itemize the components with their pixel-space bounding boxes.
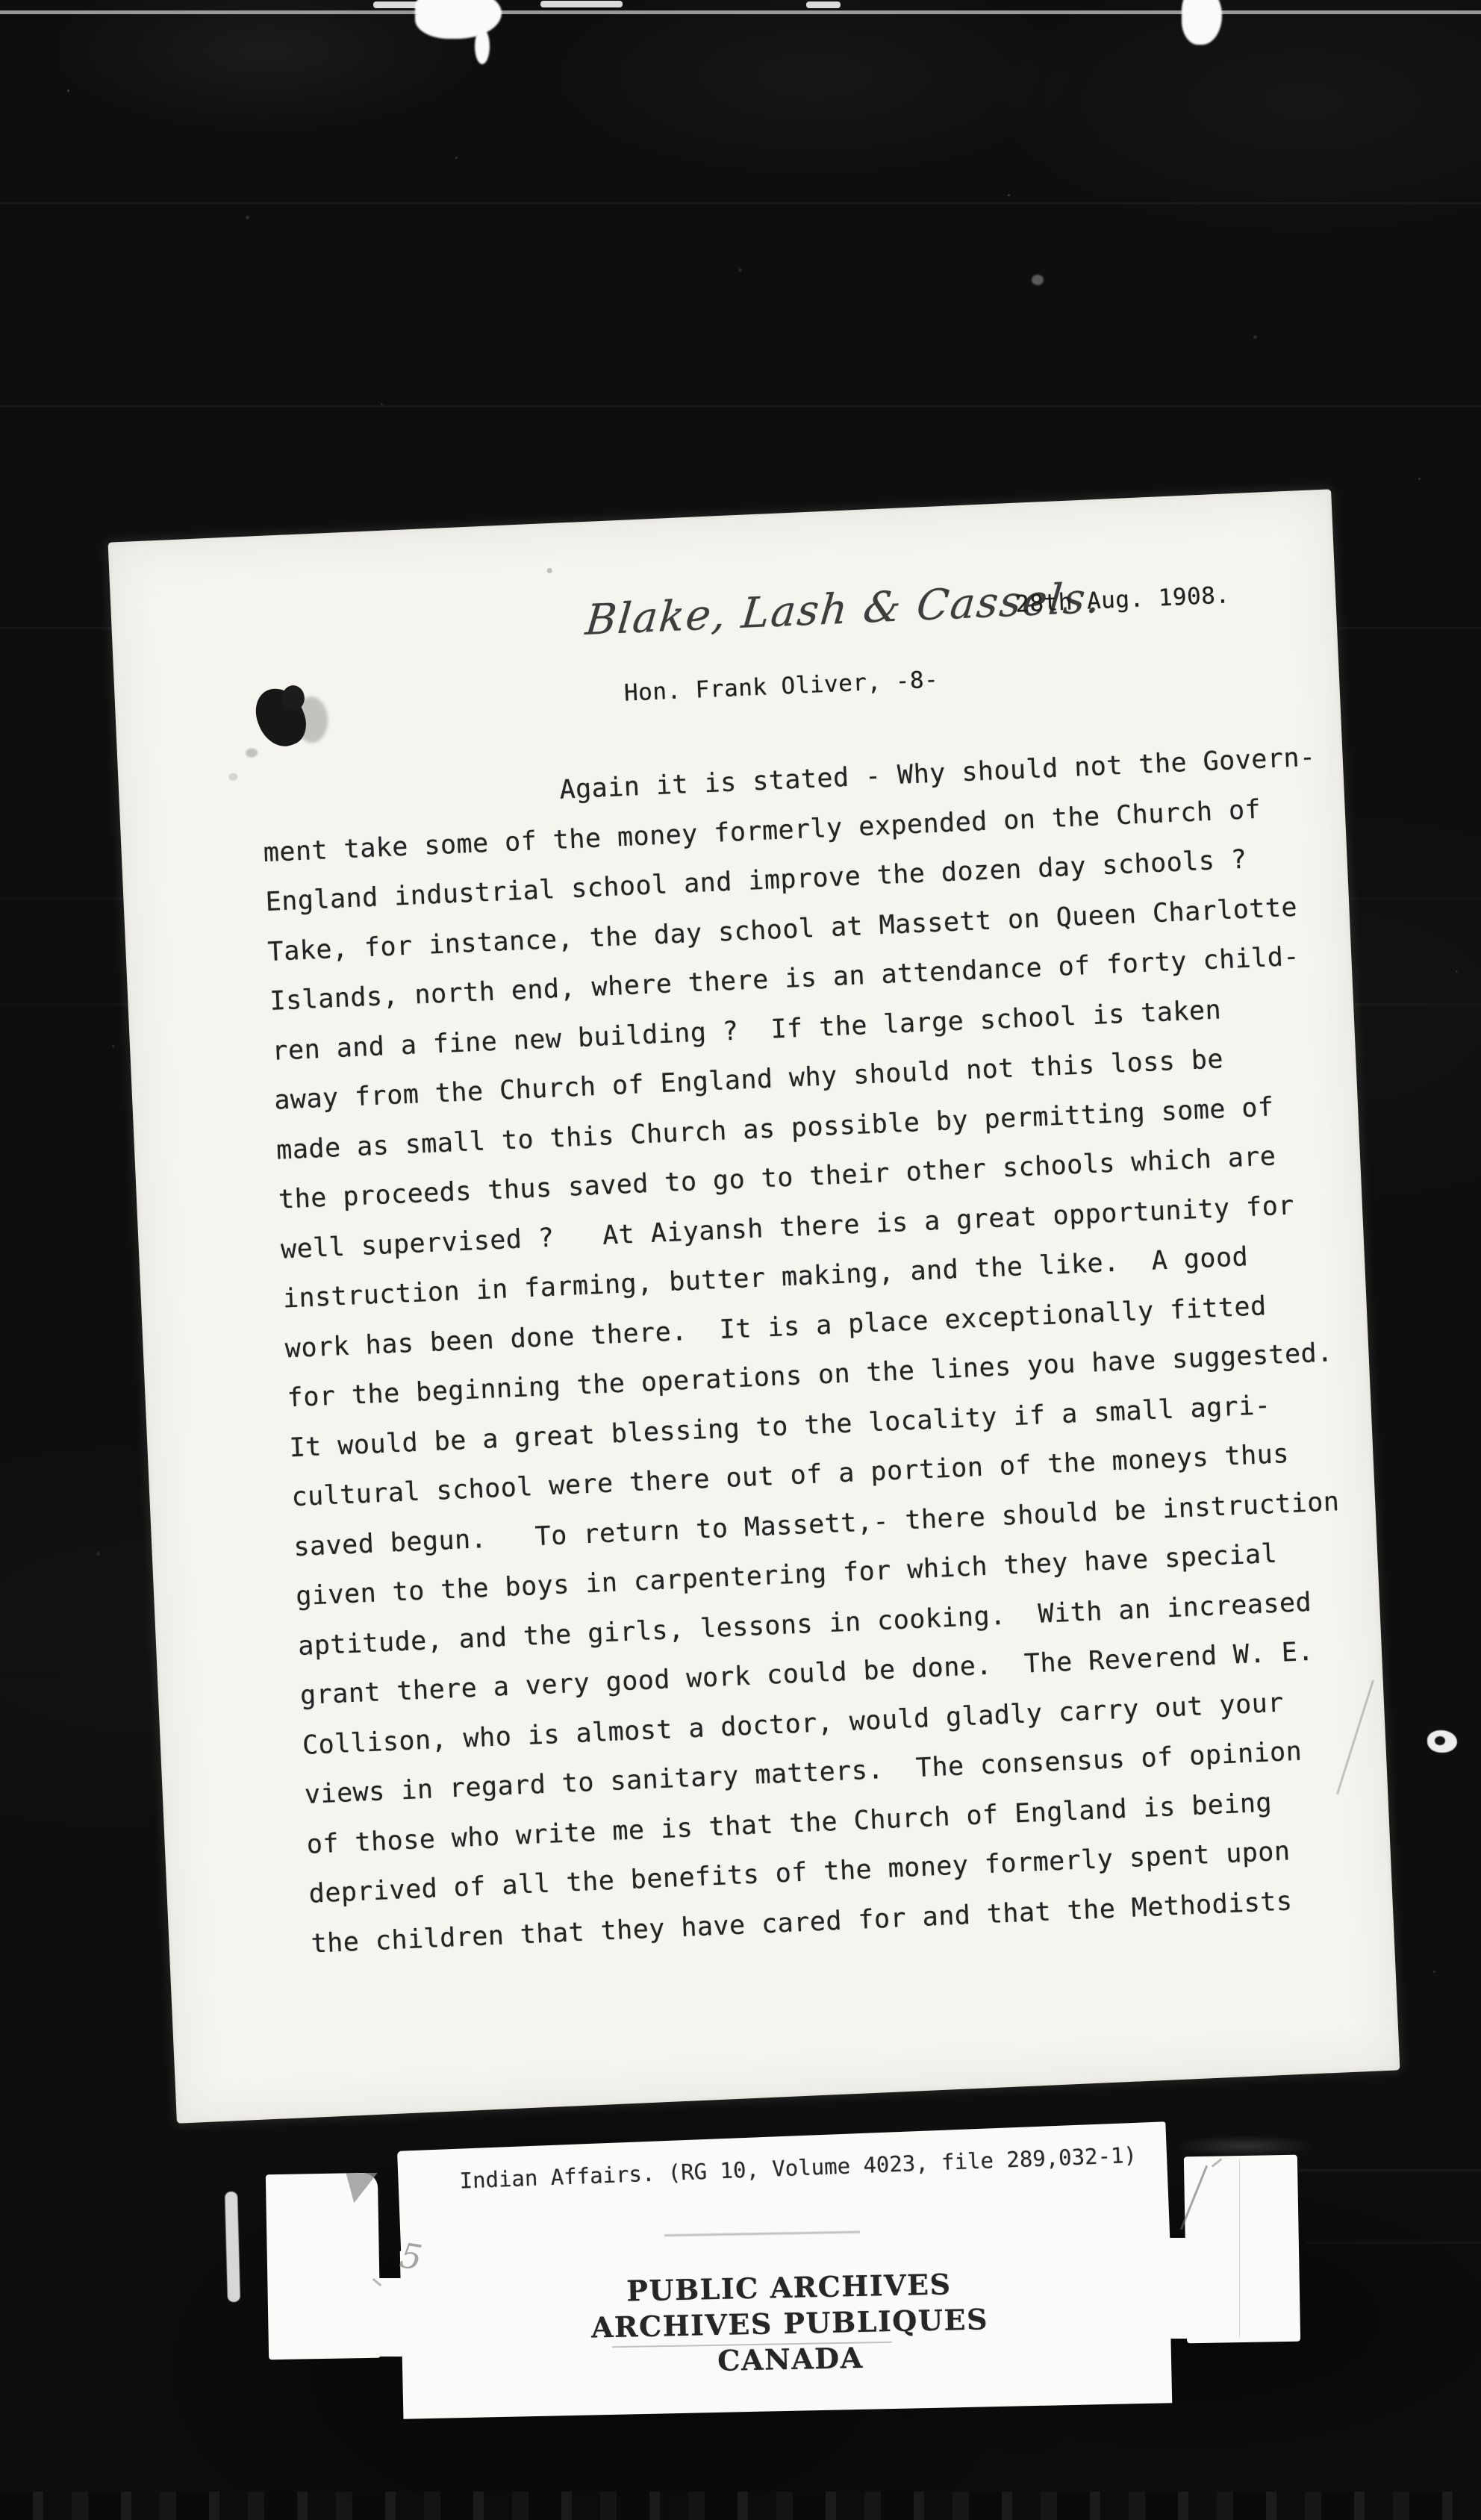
film-edge-dash (806, 1, 841, 8)
film-blemish-blob (1182, 0, 1222, 45)
film-blemish-drip (475, 28, 490, 64)
scan-streak (0, 405, 1481, 408)
paper-slip-left (266, 2173, 381, 2360)
film-hole-mark (1427, 1730, 1457, 1753)
scan-streak (1306, 2242, 1481, 2244)
paper-speck (547, 568, 552, 573)
film-bottom-edge (0, 2492, 1481, 2520)
addressee-line: Hon. Frank Oliver, -8- (623, 666, 939, 706)
paper-crease (1239, 2159, 1240, 2338)
film-dust-dot (1032, 275, 1044, 285)
film-edge-dash (540, 1, 623, 7)
film-scratch-sliver (225, 2192, 240, 2302)
scan-streak (0, 202, 1481, 205)
film-top-edge-line (0, 10, 1481, 14)
film-blemish-blob (415, 0, 502, 39)
paper-slip-right-lower (1156, 2238, 1202, 2339)
reference-stamp-text: Indian Affairs. (RG 10, Volume 4023, fil… (459, 2142, 1138, 2194)
fold-mark (343, 2173, 378, 2204)
film-dust-specks (67, 90, 69, 92)
film-hole-center (1435, 1736, 1445, 1745)
ink-blot (243, 676, 336, 770)
archive-stamp: PUBLIC ARCHIVES ARCHIVES PUBLIQUES CANAD… (564, 2265, 1014, 2383)
paper-speck (228, 773, 237, 781)
smudge-haze (1172, 2135, 1318, 2157)
ink-blot-tail (246, 748, 258, 758)
microfilm-frame: Blake, Lash & Cassels. 28th Aug. 1908. H… (0, 0, 1481, 2520)
letter-body: Again it is stated - Why should not the … (261, 742, 1367, 1978)
archive-stamp-card: PUBLIC ARCHIVES ARCHIVES PUBLIQUES CANAD… (400, 2235, 1172, 2419)
scan-streak (1299, 2169, 1481, 2171)
letter-page: Blake, Lash & Cassels. 28th Aug. 1908. H… (108, 489, 1400, 2124)
